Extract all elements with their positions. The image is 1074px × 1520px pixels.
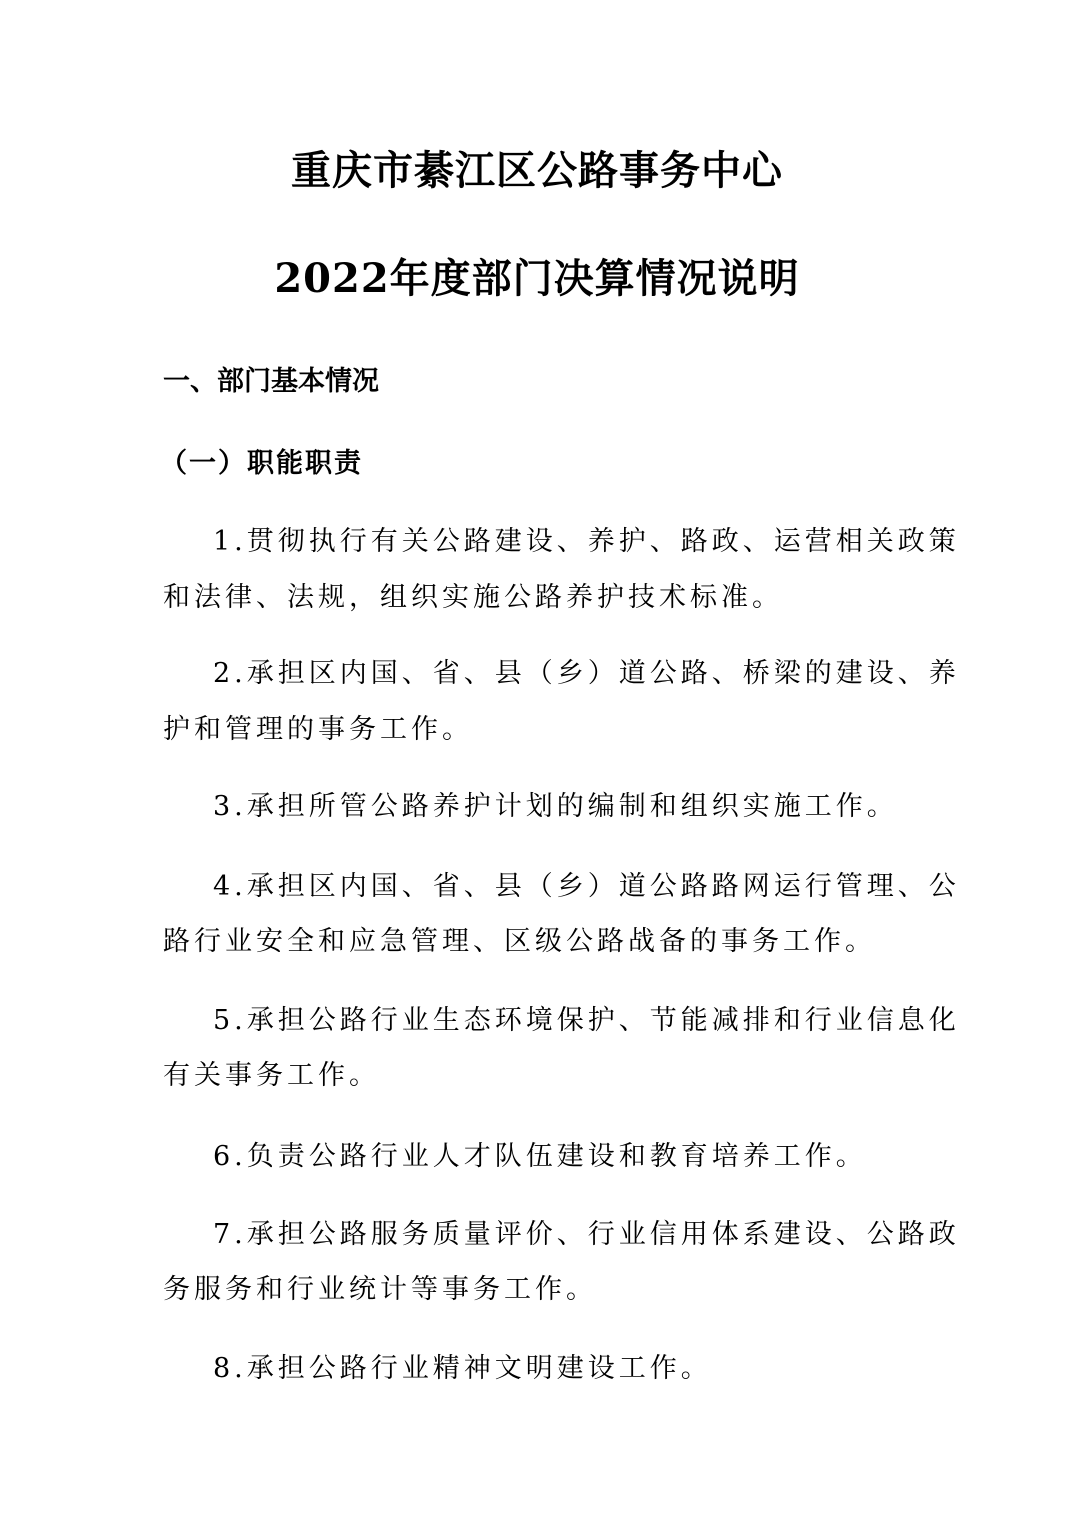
- subsection-heading-duties: （一）职能职责: [160, 444, 363, 484]
- duty-item-7-line1: 7.承担公路服务质量评价、行业信用体系建设、公路政: [213, 1215, 960, 1255]
- document-title-line1: 重庆市綦江区公路事务中心: [0, 146, 1074, 196]
- duty-item-2-line1: 2.承担区内国、省、县（乡）道公路、桥梁的建设、养: [213, 654, 960, 694]
- duty-item-2-line2: 护和管理的事务工作。: [163, 710, 473, 750]
- duty-item-8-line1: 8.承担公路行业精神文明建设工作。: [213, 1349, 712, 1389]
- duty-item-5-line1: 5.承担公路行业生态环境保护、节能减排和行业信息化: [213, 1001, 960, 1041]
- duty-item-4-line2: 路行业安全和应急管理、区级公路战备的事务工作。: [163, 922, 876, 962]
- duty-item-4-line1: 4.承担区内国、省、县（乡）道公路路网运行管理、公: [213, 867, 960, 907]
- duty-item-5-line2: 有关事务工作。: [163, 1056, 380, 1096]
- document-title-line2: 2022年度部门决算情况说明: [0, 254, 1074, 304]
- duty-item-1-line1: 1.贯彻执行有关公路建设、养护、路政、运营相关政策: [213, 522, 960, 562]
- section-heading-basic-info: 一、部门基本情况: [163, 362, 379, 402]
- duty-item-7-line2: 务服务和行业统计等事务工作。: [163, 1270, 597, 1310]
- duty-item-1-line2: 和法律、法规，组织实施公路养护技术标准。: [163, 578, 783, 618]
- document-page: 重庆市綦江区公路事务中心 2022年度部门决算情况说明 一、部门基本情况 （一）…: [0, 0, 1074, 1520]
- duty-item-3-line1: 3.承担所管公路养护计划的编制和组织实施工作。: [213, 787, 898, 827]
- duty-item-6-line1: 6.负责公路行业人才队伍建设和教育培养工作。: [213, 1137, 867, 1177]
